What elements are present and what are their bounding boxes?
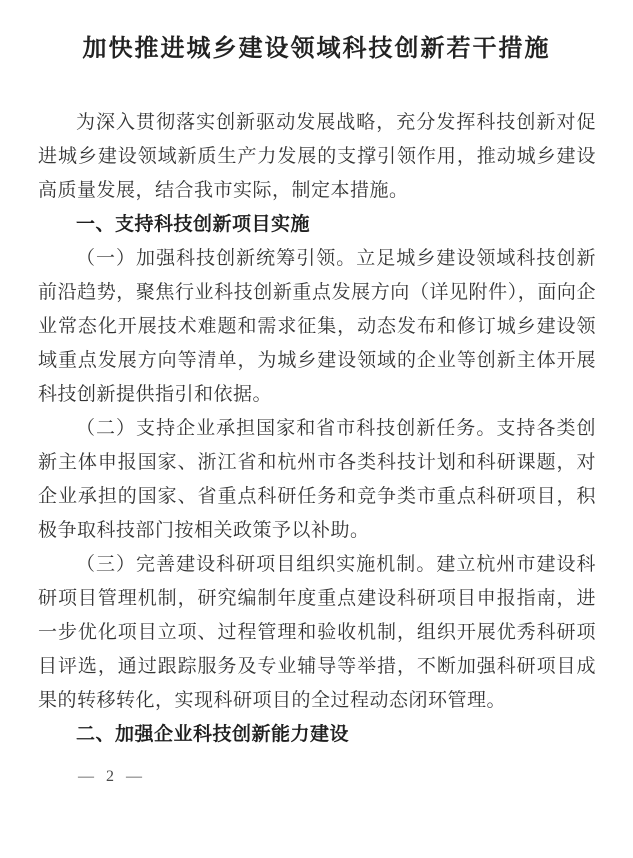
paragraph-item-1: （一）加强科技创新统筹引领。立足城乡建设领域科技创新前沿趋势，聚焦行业科技创新重… (38, 242, 596, 412)
document-body: 为深入贯彻落实创新驱动发展战略，充分发挥科技创新对促进城乡建设领域新质生产力发展… (38, 106, 596, 752)
paragraph-item-2: （二）支持企业承担国家和省市科技创新任务。支持各类创新主体申报国家、浙江省和杭州… (38, 412, 596, 548)
document-title: 加快推进城乡建设领域科技创新若干措施 (0, 0, 633, 65)
paragraph-intro: 为深入贯彻落实创新驱动发展战略，充分发挥科技创新对促进城乡建设领域新质生产力发展… (38, 106, 596, 208)
document-page: 加快推进城乡建设领域科技创新若干措施 为深入贯彻落实创新驱动发展战略，充分发挥科… (0, 0, 633, 858)
section-heading-2: 二、加强企业科技创新能力建设 (38, 718, 596, 752)
page-number: — 2 — (78, 768, 146, 786)
paragraph-item-3: （三）完善建设科研项目组织实施机制。建立杭州市建设科研项目管理机制，研究编制年度… (38, 548, 596, 718)
section-heading-1: 一、支持科技创新项目实施 (38, 208, 596, 242)
